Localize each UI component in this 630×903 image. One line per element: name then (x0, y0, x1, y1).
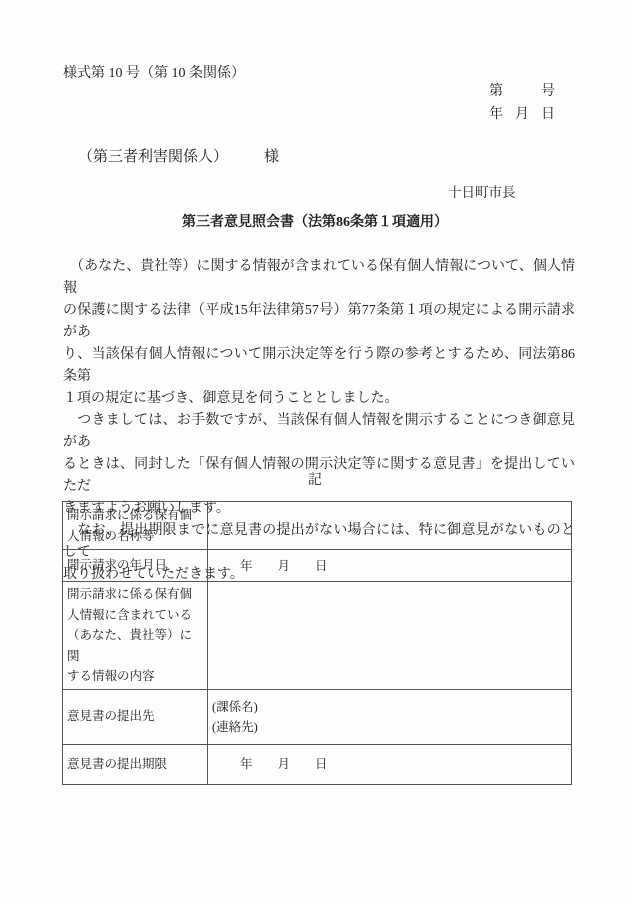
document-number-prefix: 第 (489, 80, 503, 100)
row-label: 意見書の提出先 (63, 689, 208, 744)
row-value (208, 502, 572, 550)
row-label: 開示請求に係る保有個 人情報に含まれている （あなた、貴社等）に関 する情報の内… (63, 582, 208, 690)
table-row-personal-info-name: 開示請求に係る保有個 人情報の名称等 (63, 502, 572, 550)
table-row-request-date: 開示請求の年月日 年 月 日 (63, 550, 572, 582)
table-row-submission-deadline: 意見書の提出期限 年 月 日 (63, 744, 572, 784)
details-table: 開示請求に係る保有個 人情報の名称等 開示請求の年月日 年 月 日 開示請求に係… (62, 501, 572, 785)
row-label: 開示請求の年月日 (63, 550, 208, 582)
document-date-line: 年 月 日 (489, 103, 555, 123)
row-value: 年 月 日 (208, 744, 572, 784)
row-value (208, 582, 572, 690)
document-number-suffix: 号 (541, 80, 555, 100)
date-month-label: 月 (515, 103, 529, 123)
date-year-label: 年 (489, 103, 503, 123)
body-paragraph-1: （あなた、貴社等）に関する情報が含まれている保有個人情報について、個人情報 の保… (63, 256, 575, 410)
row-label: 意見書の提出期限 (63, 744, 208, 784)
date-day-label: 日 (541, 103, 555, 123)
document-page: 様式第 10 号（第 10 条関係） 第 号 年 月 日 （第三者利害関係人）様… (0, 0, 630, 903)
record-marker: 記 (0, 469, 630, 489)
table-row-submission-destination: 意見書の提出先 (課係名) (連絡先) (63, 689, 572, 744)
sender-name: 十日町市長 (448, 181, 516, 201)
addressee-honorific: 様 (264, 149, 279, 165)
addressee-line: （第三者利害関係人）様 (78, 145, 279, 166)
document-title: 第三者意見照会書（法第86条第１項適用） (0, 211, 630, 231)
addressee: （第三者利害関係人） (78, 149, 228, 165)
row-label: 開示請求に係る保有個 人情報の名称等 (63, 502, 208, 550)
row-value: 年 月 日 (208, 550, 572, 582)
row-value: (課係名) (連絡先) (208, 689, 572, 744)
table-row-info-content: 開示請求に係る保有個 人情報に含まれている （あなた、貴社等）に関 する情報の内… (63, 582, 572, 690)
document-number-line: 第 号 (489, 80, 555, 100)
form-number: 様式第 10 号（第 10 条関係） (63, 62, 245, 82)
